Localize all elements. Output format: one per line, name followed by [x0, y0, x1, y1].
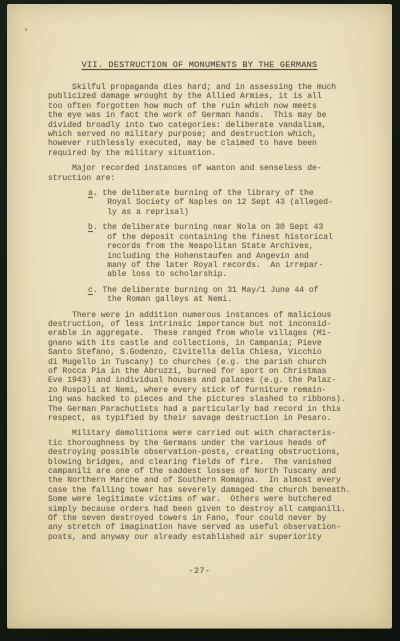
- paragraph-major-instances: Major recorded instances of wanton and s…: [48, 164, 372, 183]
- paragraph-intro: Skilful propaganda dies hard; and in ass…: [48, 83, 372, 158]
- list-item-a-text: . the deliberate burning of the library …: [88, 189, 333, 217]
- document-page: VII. DESTRUCTION OF MONUMENTS BY THE GER…: [7, 4, 392, 628]
- paragraph-military-demolitions: Military demolitions were carried out wi…: [48, 429, 372, 542]
- page-number: -27-: [7, 566, 392, 576]
- instances-list: a. the deliberate burning of the library…: [88, 189, 372, 304]
- list-item-b: b. the deliberate burning near Nola on 3…: [88, 223, 372, 279]
- paragraph-malicious-destruction: There were in addition numerous instance…: [48, 311, 372, 424]
- document-body: Skilful propaganda dies hard; and in ass…: [7, 83, 392, 542]
- list-item-c-text: . The deliberate burning on 31 May/1 Jun…: [88, 286, 318, 304]
- list-item-c: c. The deliberate burning on 31 May/1 Ju…: [88, 286, 372, 305]
- paper-speck: [25, 28, 27, 31]
- section-title-text: VII. DESTRUCTION OF MONUMENTS BY THE GER…: [82, 60, 318, 70]
- list-item-a: a. the deliberate burning of the library…: [88, 189, 372, 217]
- list-item-b-text: . the deliberate burning near Nola on 30…: [88, 223, 333, 279]
- section-title: VII. DESTRUCTION OF MONUMENTS BY THE GER…: [7, 4, 392, 70]
